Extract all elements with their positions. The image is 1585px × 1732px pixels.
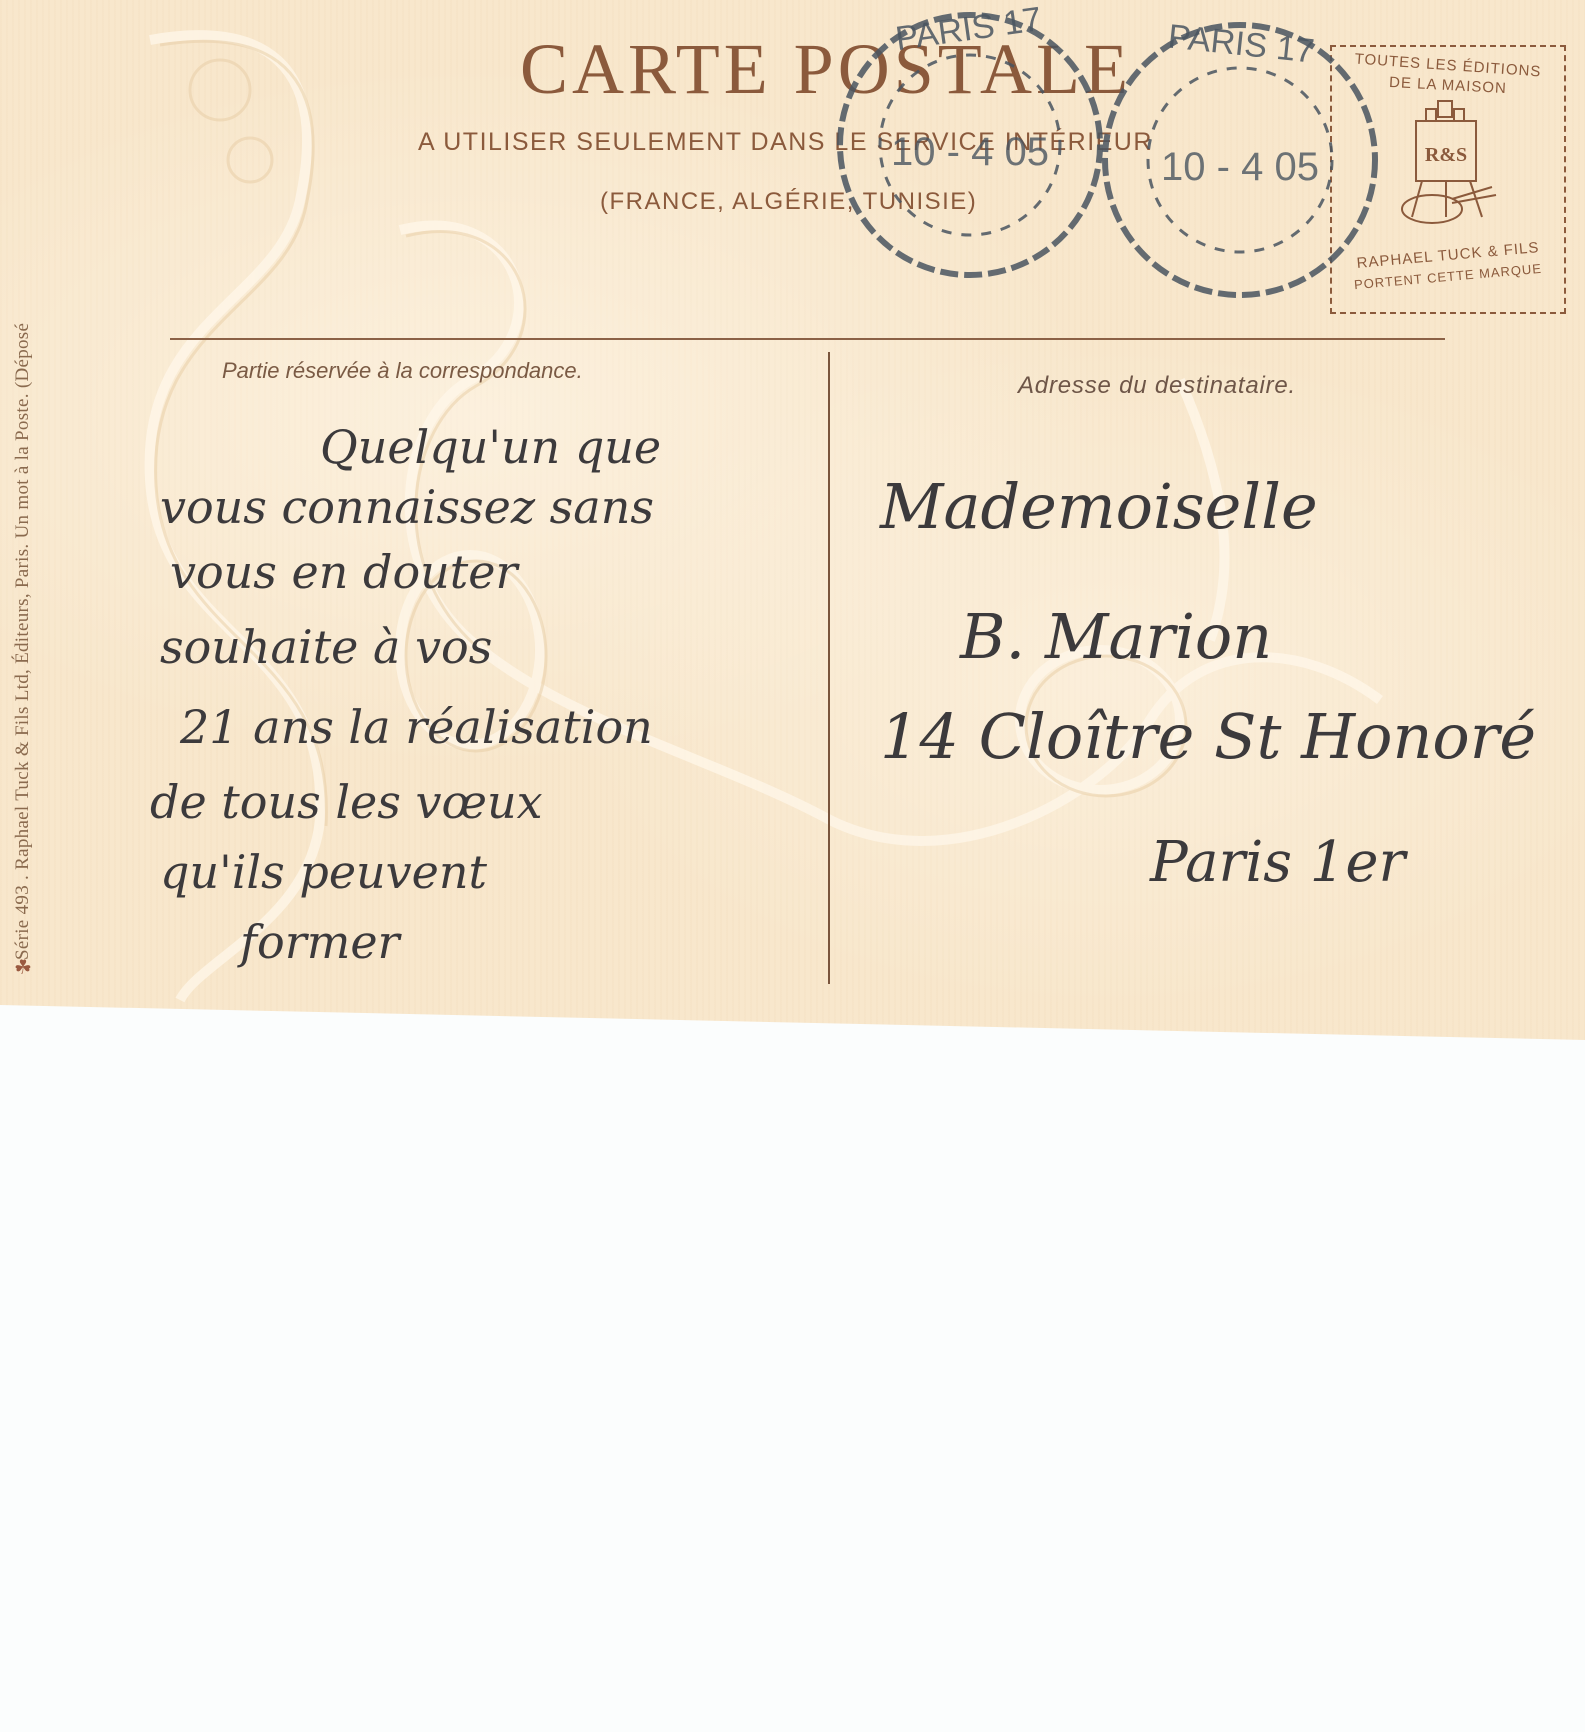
message-line: Quelqu'un que (320, 420, 661, 474)
address-line: Mademoiselle (880, 470, 1318, 543)
usage-notice: A UTILISER SEULEMENT DANS LE SERVICE INT… (418, 128, 1153, 157)
message-line: souhaite à vos (160, 620, 492, 674)
address-label: Adresse du destinataire. (1018, 372, 1296, 400)
address-line: 14 Cloître St Honoré (880, 700, 1536, 773)
divider-vertical (828, 352, 830, 984)
message-line: vous en douter (170, 545, 517, 599)
tuck-logo-icon: ☘ (14, 955, 32, 980)
territory-notice: (FRANCE, ALGÉRIE, TUNISIE) (600, 188, 977, 216)
address-line: B. Marion (960, 600, 1272, 673)
svg-text:R&S: R&S (1425, 144, 1467, 166)
message-line: 21 ans la réalisation (180, 700, 653, 754)
address-line: Paris 1er (1150, 830, 1405, 895)
message-line: vous connaissez sans (160, 480, 654, 534)
svg-text:10 - 4 05: 10 - 4 05 (1161, 145, 1319, 189)
postcard-back: Série 493 . Raphael Tuck & Fils Ltd, Édi… (0, 0, 1585, 1040)
correspondence-label: Partie réservée à la correspondance. (222, 358, 583, 384)
message-line: qu'ils peuvent (160, 845, 487, 899)
card-title: CARTE POSTALE (520, 28, 1132, 111)
svg-text:PARIS 17: PARIS 17 (1166, 17, 1316, 70)
divider-horizontal (170, 338, 1445, 340)
message-line: former (240, 915, 400, 969)
message-line: de tous les vœux (150, 775, 543, 829)
stamp-area: TOUTES LES ÉDITIONS DE LA MAISON R&S RAP… (1330, 45, 1566, 314)
easel-palette-icon: R&S (1392, 99, 1502, 229)
publisher-imprint: Série 493 . Raphael Tuck & Fils Ltd, Édi… (12, 323, 34, 960)
